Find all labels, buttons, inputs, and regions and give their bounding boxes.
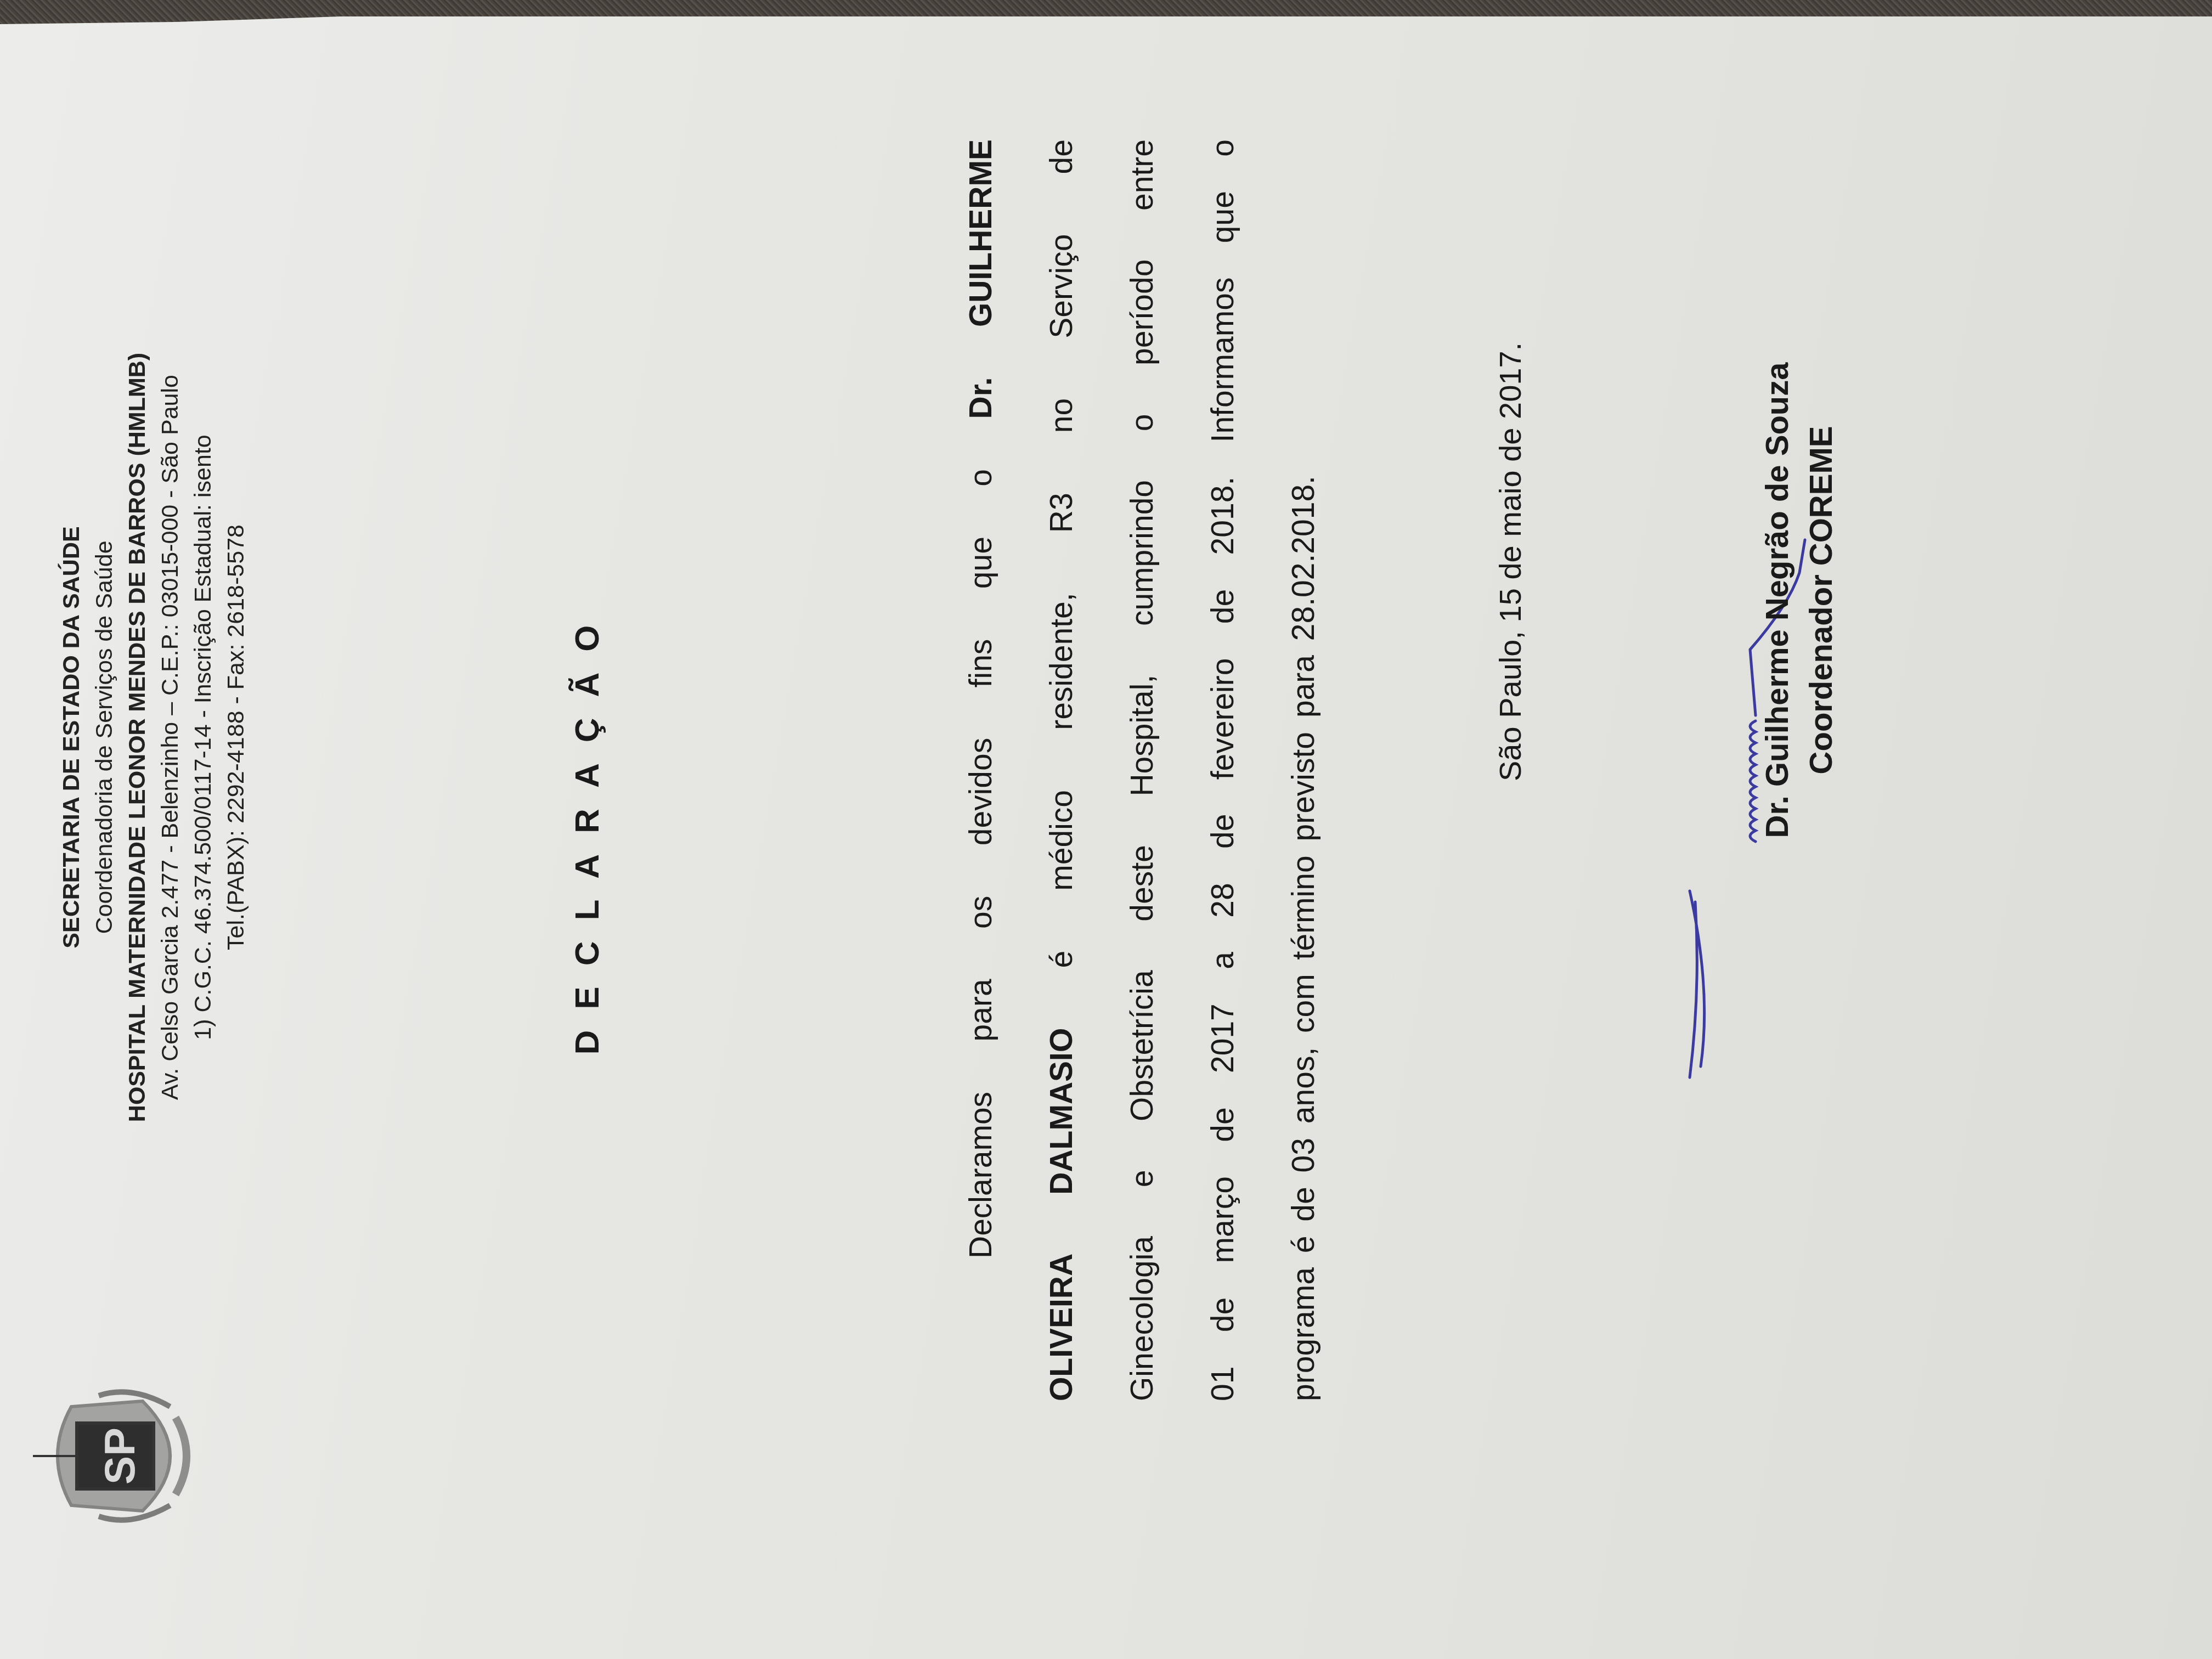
sp-state-coat-of-arms-icon: SP [33,1385,203,1527]
header-cgc: 1) C.G.C. 46.374.500/0117-14 - Inscrição… [187,161,219,1313]
body-line: OLIVEIRA DALMASIO é médico residente, R3… [1022,139,1102,1401]
body-line: programa é de 03 anos, com término previ… [1263,139,1344,1401]
signer-role: Coordenador COREME [1799,189,1843,1012]
doctor-name-last: OLIVEIRA DALMASIO [1044,1028,1079,1401]
header-coordenadoria: Coordenadoria de Serviços de Saúde [88,161,121,1313]
signer-block: Dr. Guilherme Negrão de Souza Coordenado… [1756,189,1843,1012]
signer-name: Dr. Guilherme Negrão de Souza [1756,189,1799,1012]
body-line: Ginecologia e Obstetrícia deste Hospital… [1102,139,1183,1401]
declaration-body: Declaramos para os devidos fins que o Dr… [941,139,1344,1401]
header-phone: Tel.(PABX): 2292-4188 - Fax: 2618-5578 [219,161,252,1313]
svg-text:SP: SP [95,1427,144,1485]
document-title: DECLARAÇÃO [568,0,607,1659]
header-secretaria: SECRETARIA DE ESTADO DA SAÚDE [55,161,88,1313]
place-and-date: São Paulo, 15 de maio de 2017. [1492,342,1528,781]
header-address: Av. Celso Garcia 2.477 - Belenzinho – C.… [154,161,187,1313]
letterhead-text: SECRETARIA DE ESTADO DA SAÚDE Coordenado… [55,161,252,1313]
body-line: 01 de março de 2017 a 28 de fevereiro de… [1183,139,1263,1401]
body-line: Declaramos para os devidos fins que o Dr… [941,139,1022,1401]
document-page: SP SECRETARIA DE ESTADO DA SAÚDE Coorden… [0,0,2212,1659]
doctor-name-first: Dr. GUILHERME [963,139,998,419]
header-hospital-name: HOSPITAL MATERNIDADE LEONOR MENDES DE BA… [121,161,154,1313]
letterhead: SP SECRETARIA DE ESTADO DA SAÚDE Coorden… [55,134,252,1451]
